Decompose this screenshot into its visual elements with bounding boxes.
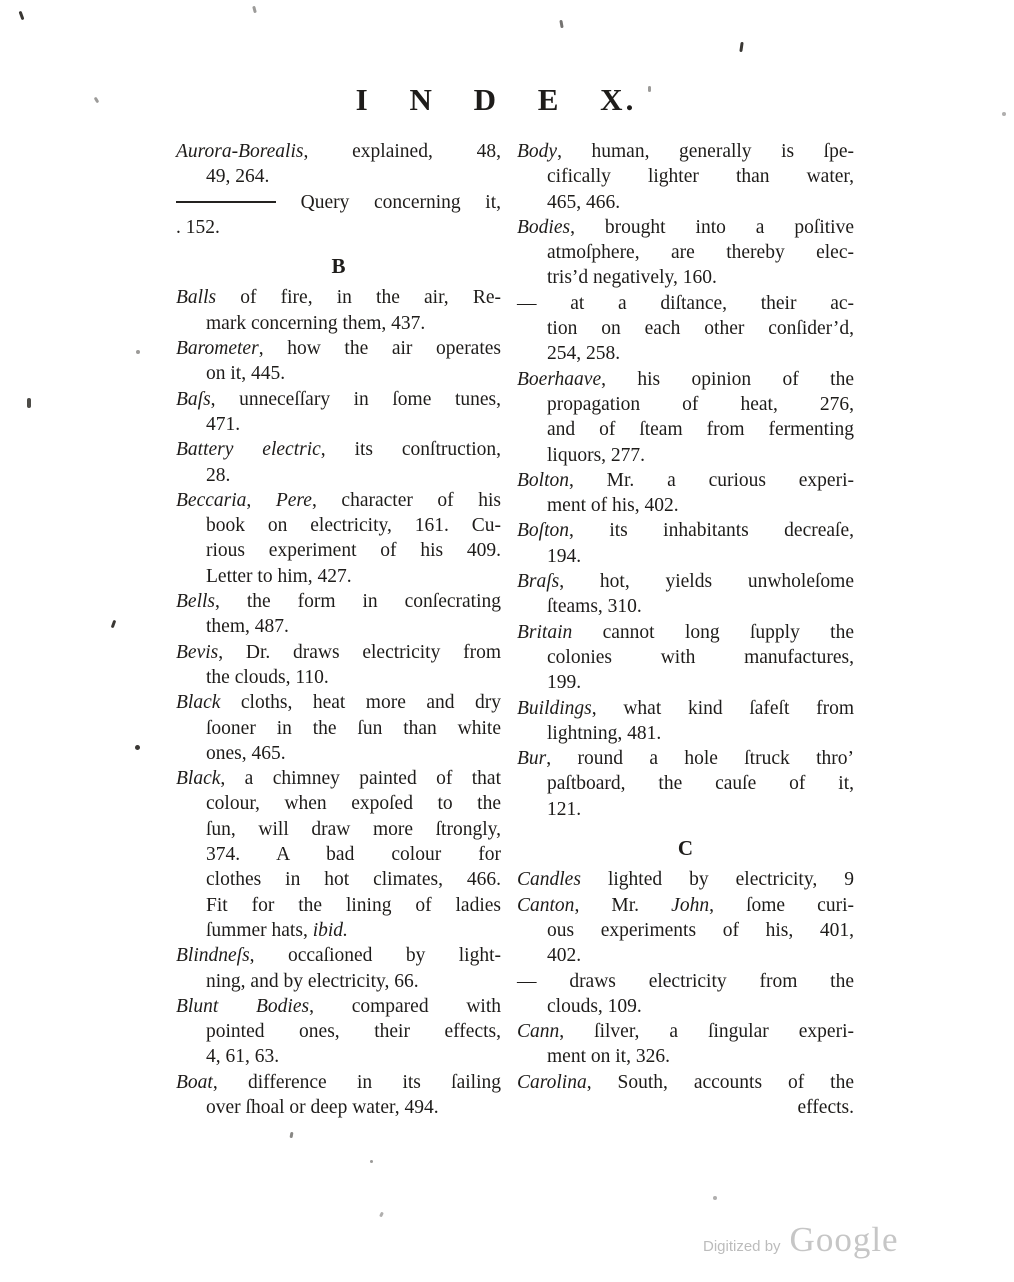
- entry-line: 28.: [176, 463, 501, 488]
- entry-line: Bur, round a hole ſtruck thro’: [517, 746, 854, 771]
- entry-line: propagation of heat, 276,: [517, 392, 854, 417]
- entry-line: Bells, the form in conſecrating: [176, 589, 501, 614]
- entry-line: tris’d negatively, 160.: [517, 265, 854, 290]
- watermark: Digitized by Google: [703, 1220, 899, 1260]
- scan-artifact: [252, 6, 257, 14]
- index-entry: Barometer, how the air operateson it, 44…: [176, 336, 501, 387]
- page-title: I N D E X.: [160, 82, 832, 118]
- entry-line: ous experiments of his, 401,: [517, 918, 854, 943]
- entry-line: 194.: [517, 544, 854, 569]
- entry-line: Black, a chimney painted of that: [176, 766, 501, 791]
- entry-line: Aurora-Borealis, explained, 48,: [176, 139, 501, 164]
- entry-line: Cann, ſilver, a ſingular experi-: [517, 1019, 854, 1044]
- index-entry: Aurora-Borealis, explained, 48,49, 264.: [176, 139, 501, 190]
- index-entry: Canton, Mr. John, ſome curi-ous experime…: [517, 893, 854, 969]
- entry-line: 254, 258.: [517, 341, 854, 366]
- index-entry: Bodies, brought into a poſitiveatmoſpher…: [517, 215, 854, 291]
- watermark-prefix: Digitized by: [703, 1238, 781, 1255]
- entry-line: ones, 465.: [176, 741, 501, 766]
- index-entry: Black cloths, heat more and dryſooner in…: [176, 690, 501, 766]
- entry-line: ſummer hats, ibid.: [176, 918, 501, 943]
- entry-line: Query concerning it,: [176, 190, 501, 215]
- scan-artifact: [94, 97, 100, 104]
- entry-line: Baſs, unneceſſary in ſome tunes,: [176, 387, 501, 412]
- index-entry: Query concerning it,. 152.: [176, 190, 501, 241]
- entry-line: lightning, 481.: [517, 721, 854, 746]
- entry-line: 121.: [517, 797, 854, 822]
- index-entry: Boſton, its inhabitants decreaſe,194.: [517, 518, 854, 569]
- dash-rule: [176, 201, 276, 203]
- entry-line: Boerhaave, his opinion of the: [517, 367, 854, 392]
- entry-line: colonies with manufactures,: [517, 645, 854, 670]
- index-entry: Bevis, Dr. draws electricity fromthe clo…: [176, 640, 501, 691]
- scan-artifact: [290, 1132, 294, 1138]
- index-entry: Blindneſs, occaſioned by light-ning, and…: [176, 943, 501, 994]
- index-entry: Blunt Bodies, compared withpointed ones,…: [176, 994, 501, 1070]
- section-heading: C: [517, 836, 854, 861]
- entry-line: book on electricity, 161. Cu-: [176, 513, 501, 538]
- entry-line: mark concerning them, 437.: [176, 311, 501, 336]
- scan-artifact: [135, 745, 140, 750]
- entry-line: Buildings, what kind ſafeſt from: [517, 696, 854, 721]
- entry-line: Beccaria, Pere, character of his: [176, 488, 501, 513]
- section-gap: [176, 240, 501, 254]
- entry-line: paſtboard, the cauſe of it,: [517, 771, 854, 796]
- entry-line: clothes in hot climates, 466.: [176, 867, 501, 892]
- index-entry: Body, human, generally is ſpe-cifically …: [517, 139, 854, 215]
- entry-line: ment on it, 326.: [517, 1044, 854, 1069]
- entry-line: over ſhoal or deep water, 494.: [176, 1095, 501, 1120]
- scan-artifact: [713, 1196, 717, 1200]
- scan-artifact: [27, 398, 31, 408]
- entry-line: Barometer, how the air operates: [176, 336, 501, 361]
- scan-artifact: [648, 86, 651, 92]
- scan-artifact: [559, 20, 563, 28]
- catchword: effects.: [517, 1095, 854, 1120]
- entry-line: . 152.: [176, 215, 501, 240]
- scan-artifact: [1002, 112, 1006, 116]
- scan-artifact: [136, 350, 140, 354]
- entry-line: Balls of fire, in the air, Re-: [176, 285, 501, 310]
- entry-line: tion on each other conſider’d,: [517, 316, 854, 341]
- entry-line: Blindneſs, occaſioned by light-: [176, 943, 501, 968]
- entry-line: colour, when expoſed to the: [176, 791, 501, 816]
- index-entry: Buildings, what kind ſafeſt fromlightnin…: [517, 696, 854, 747]
- entry-line: Black cloths, heat more and dry: [176, 690, 501, 715]
- entry-line: Britain cannot long ſupply the: [517, 620, 854, 645]
- entry-line: on it, 445.: [176, 361, 501, 386]
- entry-line: Bodies, brought into a poſitive: [517, 215, 854, 240]
- index-entry: Candles lighted by electricity, 9: [517, 867, 854, 892]
- index-entry: Black, a chimney painted of thatcolour, …: [176, 766, 501, 943]
- section-gap: [517, 822, 854, 836]
- index-entry: Carolina, South, accounts of the: [517, 1070, 854, 1095]
- index-entry: Bells, the form in conſecratingthem, 487…: [176, 589, 501, 640]
- scan-artifact: [379, 1212, 384, 1218]
- entry-line: Candles lighted by electricity, 9: [517, 867, 854, 892]
- entry-line: 465, 466.: [517, 190, 854, 215]
- index-entry: Boat, difference in its ſailingover ſhoa…: [176, 1070, 501, 1121]
- google-logo: Google: [790, 1220, 899, 1260]
- entry-line: rious experiment of his 409.: [176, 538, 501, 563]
- entry-line: ſun, will draw more ſtrongly,: [176, 817, 501, 842]
- index-body: Aurora-Borealis, explained, 48,49, 264. …: [176, 139, 854, 1120]
- entry-line: 49, 264.: [176, 164, 501, 189]
- scan-artifact: [19, 11, 25, 20]
- entry-line: — at a diſtance, their ac-: [517, 291, 854, 316]
- entry-line: Blunt Bodies, compared with: [176, 994, 501, 1019]
- index-column: Body, human, generally is ſpe-cifically …: [517, 139, 854, 1120]
- entry-line: Bolton, Mr. a curious experi-: [517, 468, 854, 493]
- section-heading: B: [176, 254, 501, 279]
- entry-line: them, 487.: [176, 614, 501, 639]
- scan-artifact: [370, 1160, 373, 1163]
- entry-line: ſooner in the ſun than white: [176, 716, 501, 741]
- entry-line: Carolina, South, accounts of the: [517, 1070, 854, 1095]
- entry-line: Canton, Mr. John, ſome curi-: [517, 893, 854, 918]
- entry-line: 374. A bad colour for: [176, 842, 501, 867]
- entry-line: Battery electric, its conſtruction,: [176, 437, 501, 462]
- index-entry: Cann, ſilver, a ſingular experi-ment on …: [517, 1019, 854, 1070]
- entry-line: and of ſteam from fermenting: [517, 417, 854, 442]
- index-entry: Beccaria, Pere, character of hisbook on …: [176, 488, 501, 589]
- entry-line: 471.: [176, 412, 501, 437]
- index-column: Aurora-Borealis, explained, 48,49, 264. …: [176, 139, 501, 1120]
- index-entry: Boerhaave, his opinion of thepropagation…: [517, 367, 854, 468]
- entry-line: Body, human, generally is ſpe-: [517, 139, 854, 164]
- entry-line: Braſs, hot, yields unwholeſome: [517, 569, 854, 594]
- index-entry: Battery electric, its conſtruction,28.: [176, 437, 501, 488]
- index-entry: Baſs, unneceſſary in ſome tunes,471.: [176, 387, 501, 438]
- entry-line: clouds, 109.: [517, 994, 854, 1019]
- entry-line: Boſton, its inhabitants decreaſe,: [517, 518, 854, 543]
- entry-line: Bevis, Dr. draws electricity from: [176, 640, 501, 665]
- entry-line: 4, 61, 63.: [176, 1044, 501, 1069]
- entry-line: liquors, 277.: [517, 443, 854, 468]
- entry-line: 199.: [517, 670, 854, 695]
- index-entry: — draws electricity from theclouds, 109.: [517, 969, 854, 1020]
- index-entry: Britain cannot long ſupply thecolonies w…: [517, 620, 854, 696]
- entry-line: ning, and by electricity, 66.: [176, 969, 501, 994]
- entry-line: 402.: [517, 943, 854, 968]
- entry-line: Letter to him, 427.: [176, 564, 501, 589]
- entry-line: ment of his, 402.: [517, 493, 854, 518]
- entry-line: Boat, difference in its ſailing: [176, 1070, 501, 1095]
- index-entry: — at a diſtance, their ac-tion on each o…: [517, 291, 854, 367]
- index-entry: Bur, round a hole ſtruck thro’paſtboard,…: [517, 746, 854, 822]
- entry-line: ſteams, 310.: [517, 594, 854, 619]
- index-entry: Balls of fire, in the air, Re-mark conce…: [176, 285, 501, 336]
- scan-artifact: [739, 42, 743, 52]
- entry-line: the clouds, 110.: [176, 665, 501, 690]
- entry-line: Fit for the lining of ladies: [176, 893, 501, 918]
- scan-artifact: [111, 620, 117, 629]
- entry-line: pointed ones, their effects,: [176, 1019, 501, 1044]
- entry-line: atmoſphere, are thereby elec-: [517, 240, 854, 265]
- index-entry: Braſs, hot, yields unwholeſomeſteams, 31…: [517, 569, 854, 620]
- entry-line: — draws electricity from the: [517, 969, 854, 994]
- index-entry: Bolton, Mr. a curious experi-ment of his…: [517, 468, 854, 519]
- entry-line: cifically lighter than water,: [517, 164, 854, 189]
